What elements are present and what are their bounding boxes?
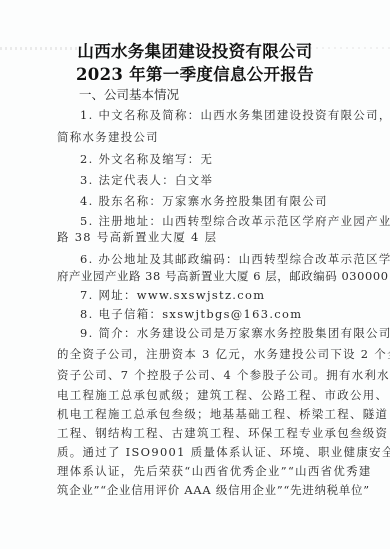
text-line: 1. 中文名称及简称：山西水务集团建设投资有限公司， [80,107,390,123]
text-line: 路 38 号高新置业大厦 4 层 [57,229,217,245]
text-line: 简称水务建投公司 [57,129,159,145]
text-line: 3. 法定代表人：白文举 [80,172,213,188]
text-line: 机电工程施工总承包叁级；地基基础工程、桥梁工程、隧道 [57,406,388,422]
text-line: 质。通过了 ISO9001 质量体系认证、环境、职业健康安全管 [57,444,390,460]
text-line: 5. 注册地址：山西转型综合改革示范区学府产业园产业 [80,213,390,229]
email-line: 8. 电子信箱：sxswjtbgs@163.com [80,306,302,322]
text-line: 的全资子公司，注册资本 3 亿元，水务建投公司下设 2 个全 [57,346,390,362]
website-line: 7. 网址：www.sxswjstz.com [80,287,265,303]
text-line: 资子公司、7 个控股子公司、4 个参股子公司。拥有水利水 [57,367,390,383]
text-line: 9. 简介：水务建设公司是万家寨水务控股集团有限公司 [80,325,390,341]
text-line: 理体系认证，先后荣获“山西省优秀企业”“山西省优秀建 [57,463,372,479]
text-line: 府产业园产业路 38 号高新置业大厦 6 层，邮政编码 030000 [57,268,389,284]
text-line: 筑企业”“企业信用评价 AAA 级信用企业”“先进纳税单位” [57,482,370,498]
text-line: 工程、钢结构工程、古建筑工程、环保工程专业承包叁级资 [57,425,388,441]
document-title-line2: 2023 年第一季度信息公开报告 [0,61,390,85]
document-title-line1: 山西水务集团建设投资有限公司 [0,38,390,62]
document-page: 山西水务集团建设投资有限公司 2023 年第一季度信息公开报告 一、公司基本情况… [0,0,390,549]
text-line: 4. 股东名称：万家寨水务控股集团有限公司 [80,193,328,209]
text-line: 6. 办公地址及其邮政编码：山西转型综合改革示范区学 [80,251,390,267]
text-line: 电工程施工总承包贰级；建筑工程、公路工程、市政公用、 [57,387,388,403]
section-heading: 一、公司基本情况 [79,85,179,103]
text-line: 2. 外文名称及缩写：无 [80,151,213,167]
